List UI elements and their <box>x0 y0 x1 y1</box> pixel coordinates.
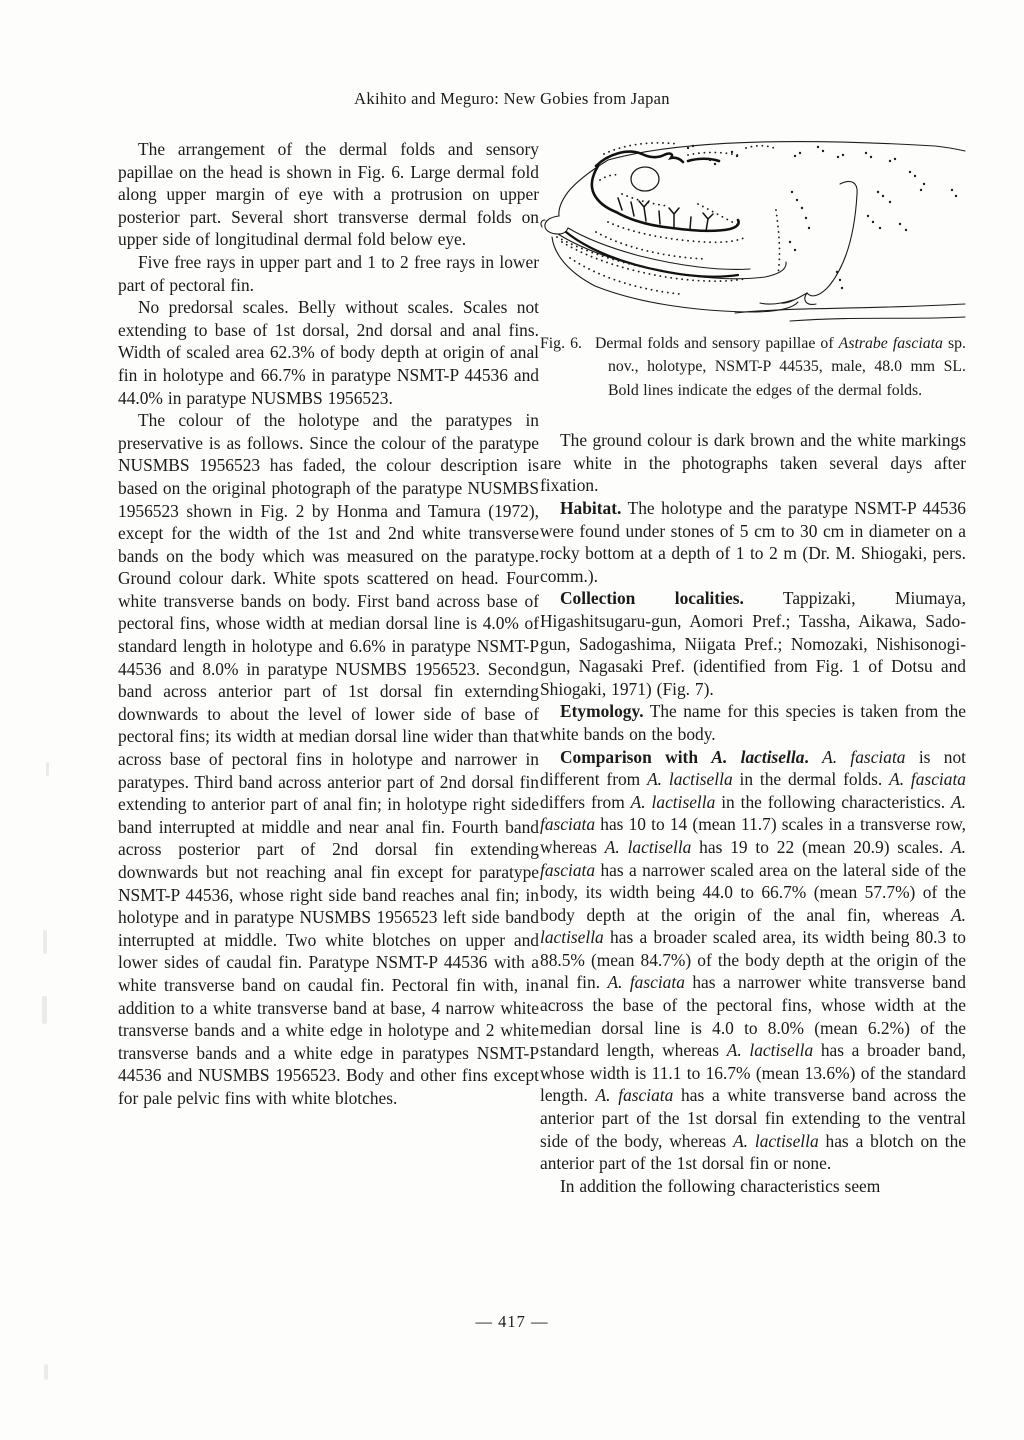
text-run: Five free rays in upper part and 1 to 2 … <box>118 252 539 295</box>
page-number: — 417 — <box>0 1312 1024 1332</box>
text-run: A. lactisella <box>711 747 804 767</box>
paragraph: The ground colour is dark brown and the … <box>540 429 966 497</box>
figure-caption-label: Fig. 6. <box>540 335 582 352</box>
right-column: Fig. 6.Dermal folds and sensory papillae… <box>540 130 966 1197</box>
scan-artifact <box>44 1364 48 1380</box>
text-run: A. lactisella <box>727 1040 813 1060</box>
text-run: Collection localities. <box>560 588 744 608</box>
text-run: In addition the following characteristic… <box>560 1176 880 1196</box>
text-run: A. lactisella <box>631 792 716 812</box>
figure-6 <box>540 130 966 322</box>
text-run: Habitat. <box>560 498 621 518</box>
paragraph: In addition the following characteristic… <box>540 1175 966 1198</box>
text-run: The arrangement of the dermal folds and … <box>118 139 539 249</box>
text-run: Dermal folds and sensory papillae of <box>595 335 839 352</box>
paragraph: Etymology. The name for this species is … <box>540 700 966 745</box>
paragraph: Five free rays in upper part and 1 to 2 … <box>118 251 539 296</box>
left-column: The arrangement of the dermal folds and … <box>118 138 539 1110</box>
figure-caption-text: Dermal folds and sensory papillae of Ast… <box>595 335 966 399</box>
paragraph: Comparison with A. lactisella. A. fascia… <box>540 746 966 1175</box>
paragraph: The colour of the holotype and the parat… <box>118 409 539 1109</box>
right-column-text: The ground colour is dark brown and the … <box>540 429 966 1197</box>
journal-page: Akihito and Meguro: New Gobies from Japa… <box>0 0 1024 1440</box>
text-run: in the dermal folds. <box>733 769 889 789</box>
fish-head-drawing <box>540 130 966 322</box>
text-run: has a narrower scaled area on the latera… <box>540 860 966 925</box>
text-run: Etymology. <box>560 701 644 721</box>
text-run: A. fasciata <box>596 1085 674 1105</box>
text-run <box>809 747 822 767</box>
text-run: A. fasciata <box>889 769 966 789</box>
text-run: A. lactisella <box>733 1131 819 1151</box>
paragraph: The arrangement of the dermal folds and … <box>118 138 539 251</box>
text-run: has 19 to 22 (mean 20.9) scales. <box>691 837 951 857</box>
text-run: Astrabe fasciata <box>839 335 943 352</box>
running-head: Akihito and Meguro: New Gobies from Japa… <box>0 89 1024 109</box>
paragraph: Collection localities. Tappizaki, Miumay… <box>540 587 966 700</box>
text-run: No predorsal scales. Belly without scale… <box>118 297 539 407</box>
text-run: A. lactisella <box>647 769 733 789</box>
paragraph: Habitat. The holotype and the paratype N… <box>540 497 966 587</box>
text-run: The ground colour is dark brown and the … <box>540 430 966 495</box>
scan-artifact <box>42 996 47 1024</box>
text-run: in the following characteristics. <box>715 792 951 812</box>
text-run: differs from <box>540 792 631 812</box>
text-run: A. lactisella <box>605 837 692 857</box>
paragraph: No predorsal scales. Belly without scale… <box>118 296 539 409</box>
scan-artifact <box>43 930 47 954</box>
text-run: Comparison with <box>560 747 711 767</box>
text-run: The colour of the holotype and the parat… <box>118 410 539 1108</box>
text-run: A. fasciata <box>822 747 905 767</box>
figure-caption: Fig. 6.Dermal folds and sensory papillae… <box>540 332 966 402</box>
text-run: A. fasciata <box>607 972 684 992</box>
scan-artifact <box>46 762 49 776</box>
